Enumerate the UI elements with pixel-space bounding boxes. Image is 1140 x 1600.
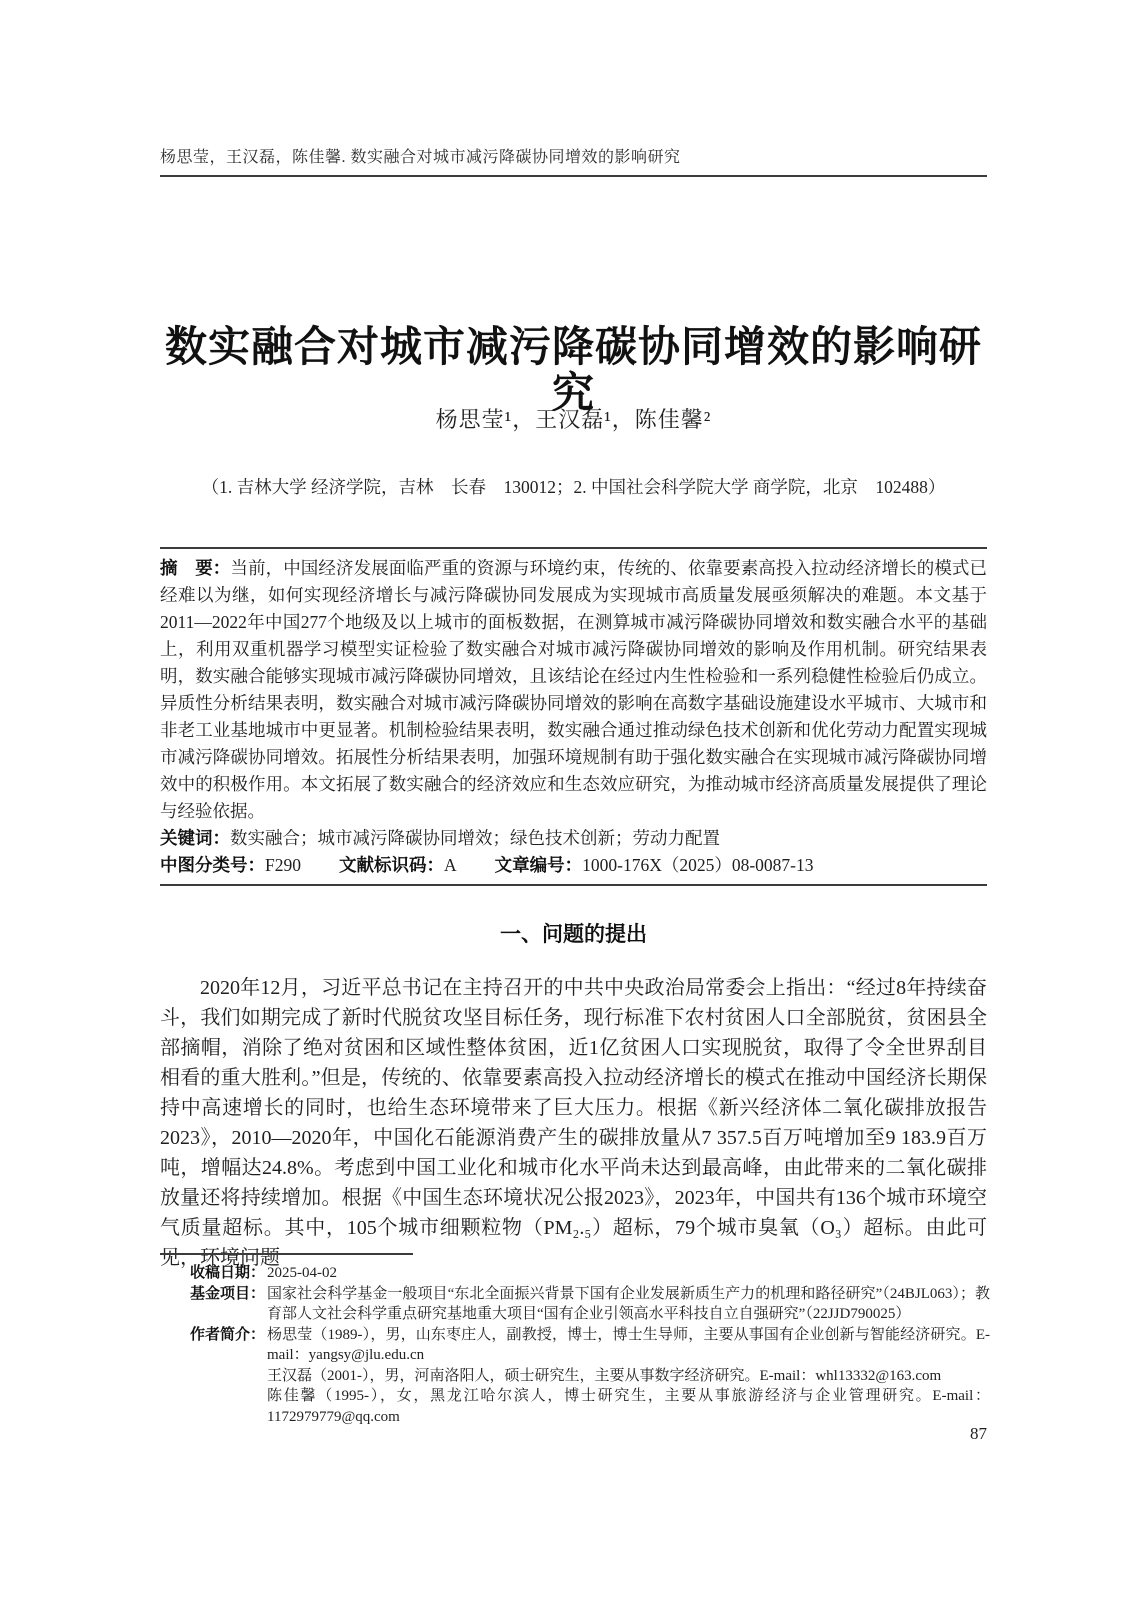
article-id-label: 文章编号： [495, 855, 583, 875]
footnote-funding: 基金项目： 国家社会科学基金一般项目“东北全面振兴背景下国有企业发展新质生产力的… [160, 1284, 990, 1325]
author-bio: 杨思莹（1989-），男，山东枣庄人，副教授，博士，博士生导师，主要从事国有企业… [267, 1325, 990, 1366]
author-bio: 王汉磊（2001-），男，河南洛阳人，硕士研究生，主要从事数字经济研究。E-ma… [267, 1366, 990, 1387]
running-head-rule [160, 175, 987, 177]
doc-code-value: A [444, 855, 457, 875]
keywords-label: 关键词： [160, 828, 230, 848]
doc-code-label: 文献标识码： [339, 855, 444, 875]
affiliation-line: （1. 吉林大学 经济学院，吉林 长春 130012；2. 中国社会科学院大学 … [160, 476, 987, 499]
abstract-block: 摘 要：当前，中国经济发展面临严重的资源与环境约束，传统的、依靠要素高投入拉动经… [160, 547, 987, 886]
article-title: 数实融合对城市减污降碳协同增效的影响研究 [160, 324, 987, 416]
abstract-text: 当前，中国经济发展面临严重的资源与环境约束，传统的、依靠要素高投入拉动经济增长的… [160, 558, 987, 821]
journal-page: 杨思莹，王汉磊，陈佳馨. 数实融合对城市减污降碳协同增效的影响研究 数实融合对城… [0, 0, 1140, 1600]
article-id-value: 1000-176X（2025）08-0087-13 [582, 855, 813, 875]
running-head: 杨思莹，王汉磊，陈佳馨. 数实融合对城市减污降碳协同增效的影响研究 [160, 148, 987, 168]
abstract-paragraph: 摘 要：当前，中国经济发展面临严重的资源与环境约束，传统的、依靠要素高投入拉动经… [160, 555, 987, 825]
received-date-label: 收稿日期： [190, 1263, 265, 1284]
keywords-row: 关键词：数实融合；城市减污降碳协同增效；绿色技术创新；劳动力配置 [160, 825, 987, 852]
funding-text: 国家社会科学基金一般项目“东北全面振兴背景下国有企业发展新质生产力的机理和路径研… [267, 1286, 990, 1323]
footnote-author-bios: 作者简介： 杨思莹（1989-），男，山东枣庄人，副教授，博士，博士生导师，主要… [160, 1325, 990, 1428]
classification-row: 中图分类号：F290文献标识码：A文章编号：1000-176X（2025）08-… [160, 852, 987, 879]
received-date-value: 2025-04-02 [267, 1265, 337, 1281]
authors-line: 杨思莹¹，王汉磊¹，陈佳馨² [160, 406, 987, 435]
author-bio: 陈佳馨（1995-），女，黑龙江哈尔滨人，博士研究生，主要从事旅游经济与企业管理… [267, 1386, 990, 1427]
page-number: 87 [160, 1424, 987, 1444]
author-bio-label: 作者简介： [190, 1325, 265, 1346]
footnotes-block: 收稿日期： 2025-04-02 基金项目： 国家社会科学基金一般项目“东北全面… [160, 1263, 990, 1427]
keywords-text: 数实融合；城市减污降碳协同增效；绿色技术创新；劳动力配置 [230, 828, 720, 848]
clc-label: 中图分类号： [160, 855, 265, 875]
footnote-rule [160, 1253, 413, 1255]
clc-value: F290 [265, 855, 301, 875]
footnote-received: 收稿日期： 2025-04-02 [160, 1263, 990, 1284]
body-paragraph: 2020年12月，习近平总书记在主持召开的中共中央政治局常委会上指出：“经过8年… [160, 973, 987, 1273]
section-heading: 一、问题的提出 [160, 920, 987, 949]
abstract-label: 摘 要： [160, 558, 230, 578]
funding-label: 基金项目： [190, 1284, 265, 1305]
